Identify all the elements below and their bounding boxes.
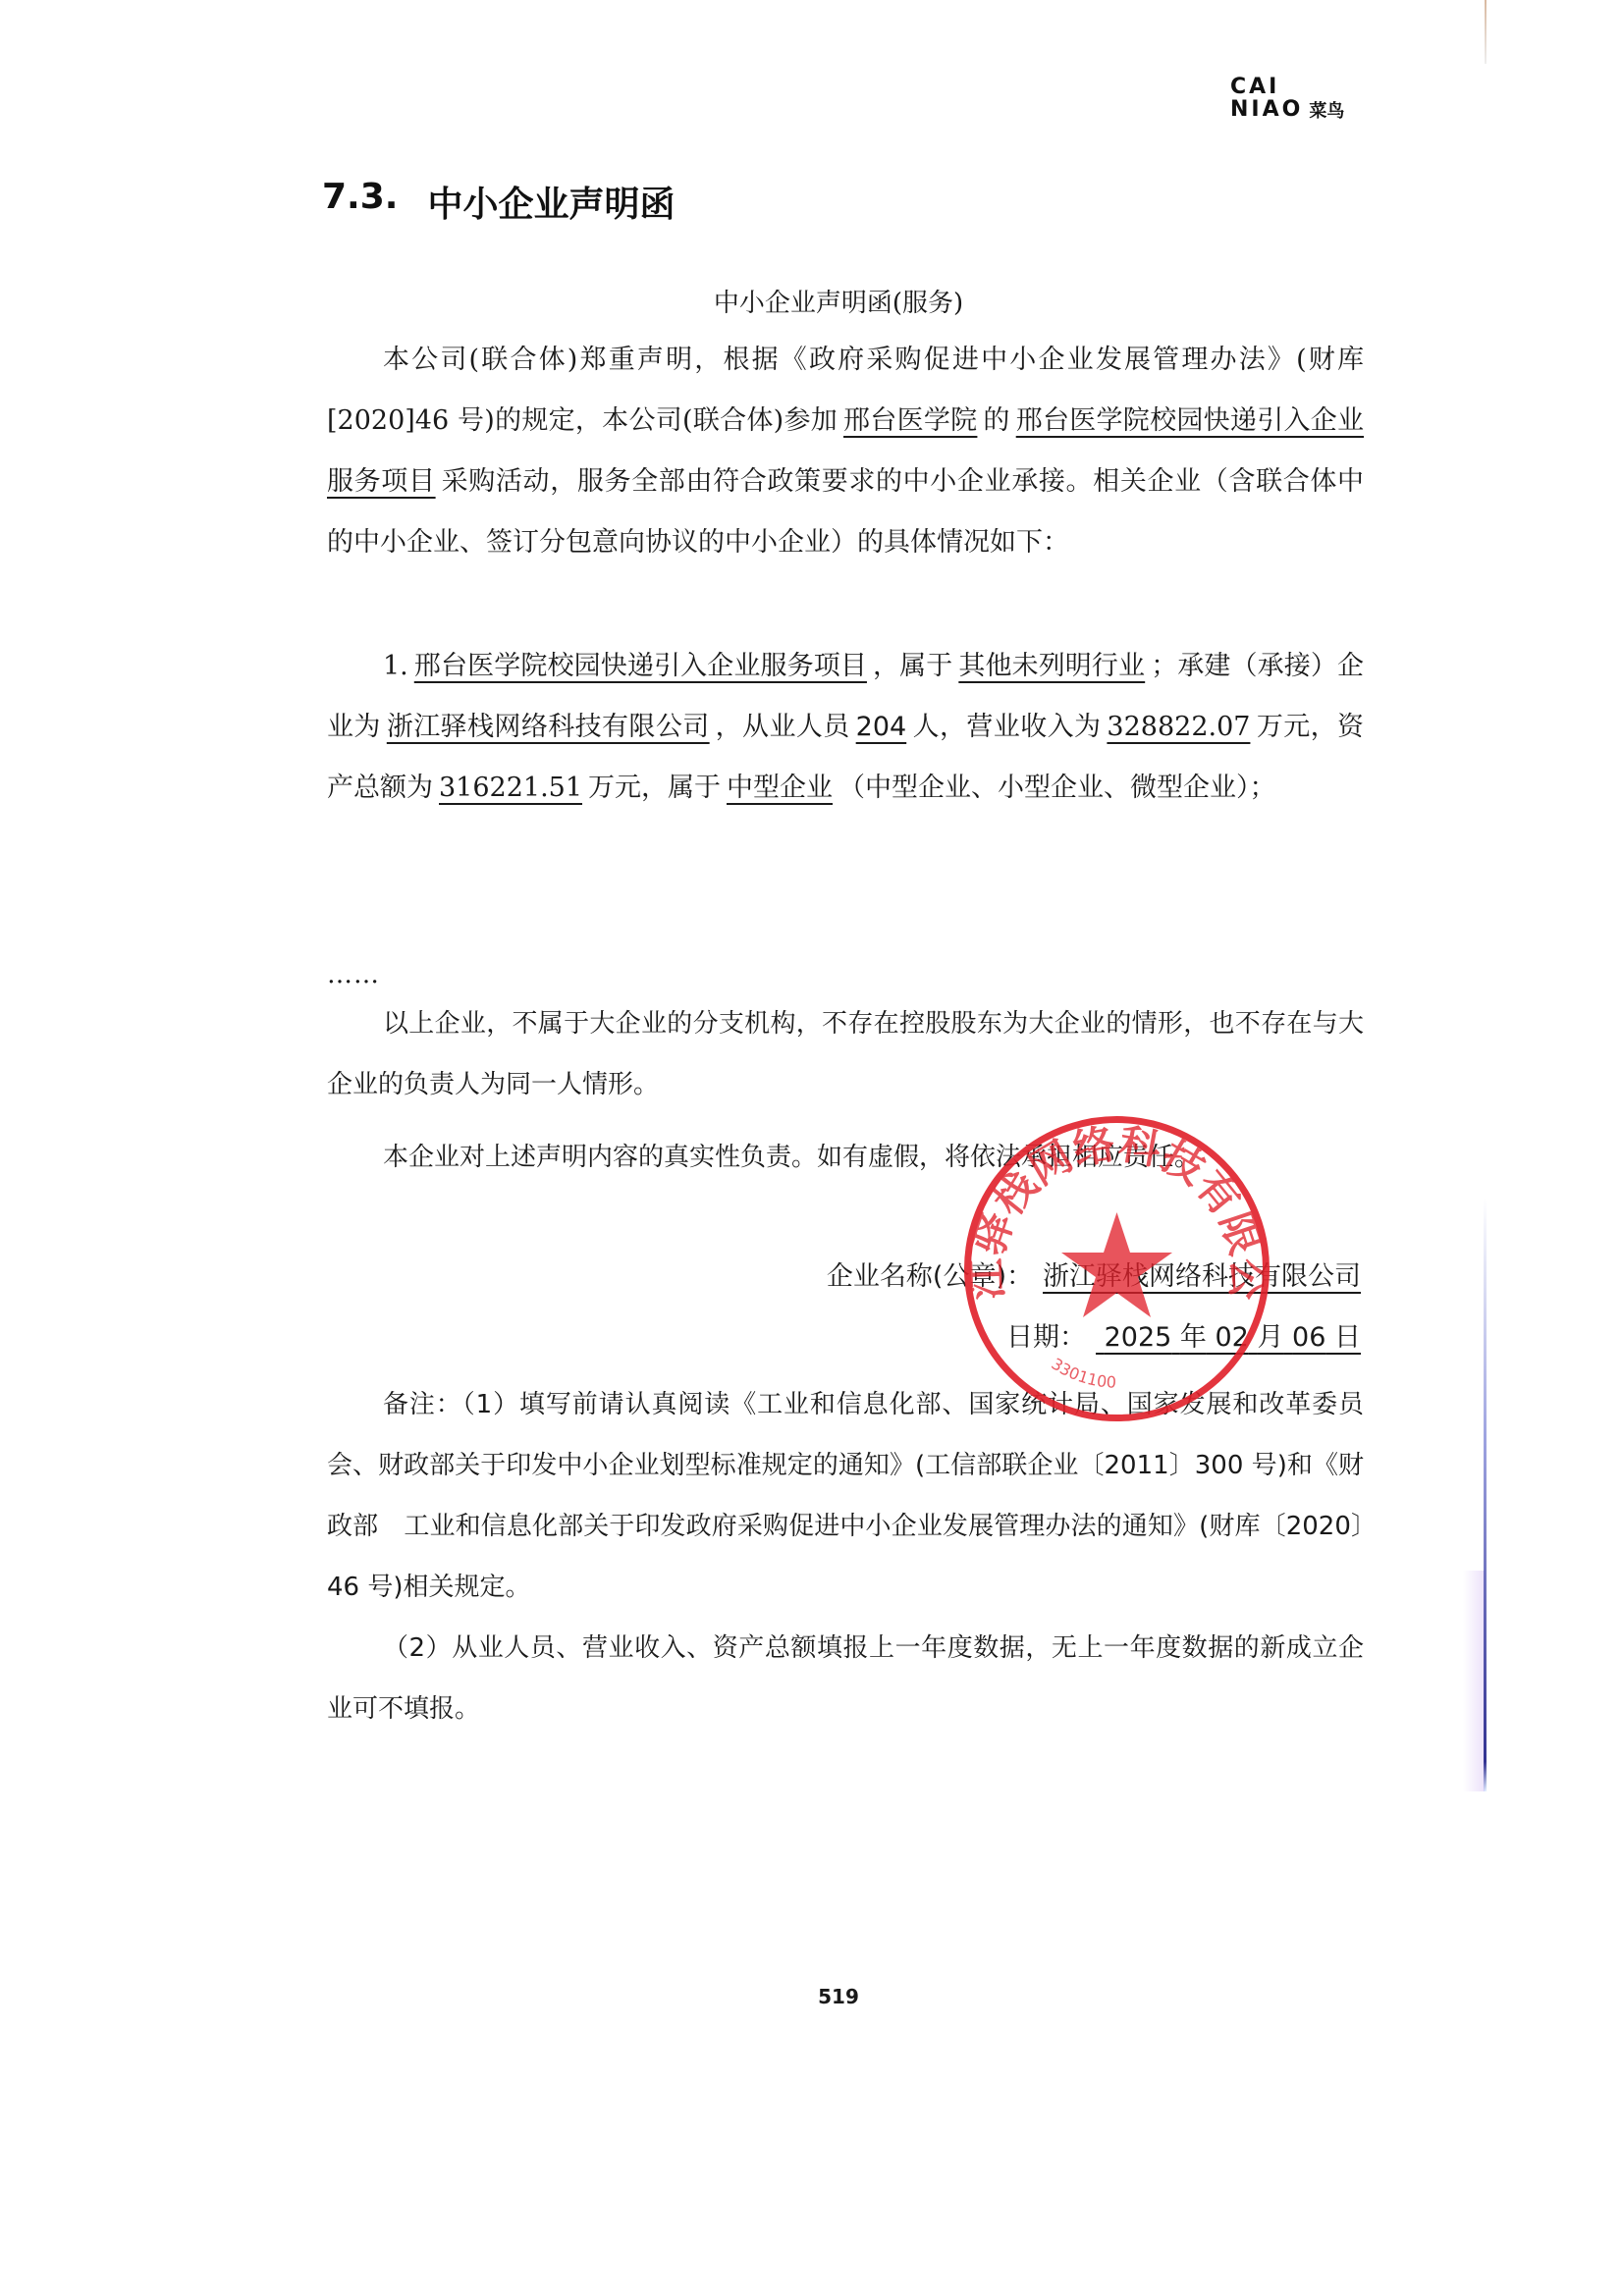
section-title: 中小企业声明函 — [427, 177, 675, 227]
item-number: 1. — [383, 651, 408, 681]
date-day-unit: 日 — [1334, 1322, 1361, 1353]
intro-text-2: 的 — [983, 405, 1009, 436]
item-employees: 204 — [850, 712, 913, 742]
document-title: 中小企业声明函(服务) — [0, 283, 1622, 319]
item-revenue: 328822.07 — [1101, 712, 1256, 742]
item-text: （中型企业、小型企业、微型企业）； — [838, 773, 1276, 803]
logo-line1: CAI — [1230, 77, 1344, 98]
page-edge — [1485, 0, 1487, 64]
intro-paragraph: 本公司(联合体)郑重声明，根据《政府采购促进中小企业发展管理办法》(财库[202… — [327, 330, 1364, 573]
item-text: ，从业人员 — [716, 712, 850, 742]
item-size: 中型企业 — [721, 773, 838, 803]
item-company: 浙江驿栈网络科技有限公司 — [381, 712, 716, 742]
scan-shadow — [1463, 1571, 1485, 1791]
company-name-value: 浙江驿栈网络科技有限公司 — [1033, 1261, 1363, 1292]
date-month-unit: 月 — [1257, 1322, 1283, 1353]
statement-2: 本企业对上述声明内容的真实性负责。如有虚假，将依法承担相应责任。 — [327, 1127, 1364, 1188]
company-name-line: 企业名称(公章)：浙江驿栈网络科技有限公司 — [827, 1255, 1363, 1293]
item-text: 人，营业收入为 — [912, 712, 1101, 742]
section-heading: 7.3. 中小企业声明函 — [322, 177, 675, 227]
logo-chinese: 菜鸟 — [1309, 103, 1344, 121]
ellipsis: …… — [327, 960, 380, 989]
date-line: 日期： 2025 年 02 月 06 日 — [1006, 1315, 1363, 1354]
intro-text-3: 采购活动，服务全部由符合政策要求的中小企业承接。相关企业（含联合体中的中小企业、… — [327, 466, 1364, 558]
item-assets: 316221.51 — [433, 773, 588, 803]
enterprise-item-1: 1.邢台医学院校园快递引入企业服务项目，属于其他未列明行业；承建（承接）企业为浙… — [327, 636, 1364, 819]
statement-paragraph-2: 本企业对上述声明内容的真实性负责。如有虚假，将依法承担相应责任。 — [327, 1127, 1364, 1188]
company-name-label: 企业名称(公章)： — [827, 1261, 1033, 1292]
statement-paragraph-1: 以上企业，不属于大企业的分支机构，不存在控股股东为大企业的情形，也不存在与大企业… — [327, 993, 1364, 1115]
item-text: ，属于 — [873, 651, 952, 681]
statement-1: 以上企业，不属于大企业的分支机构，不存在控股股东为大企业的情形，也不存在与大企业… — [327, 993, 1364, 1115]
notes-1: 备注：（1）填写前请认真阅读《工业和信息化部、国家统计局、国家发展和改革委员会、… — [327, 1374, 1364, 1618]
date-year-unit: 年 — [1180, 1322, 1207, 1353]
item-project: 邢台医学院校园快递引入企业服务项目 — [408, 651, 873, 681]
cainiao-logo: CAI NIAO 菜鸟 — [1230, 77, 1344, 121]
note-2: （2）从业人员、营业收入、资产总额填报上一年度数据，无上一年度数据的新成立企业可… — [327, 1618, 1364, 1739]
date-year: 2025 — [1105, 1322, 1172, 1353]
notes-2: （2）从业人员、营业收入、资产总额填报上一年度数据，无上一年度数据的新成立企业可… — [327, 1618, 1364, 1739]
item-industry: 其他未列明行业 — [952, 651, 1151, 681]
item-text: 万元，属于 — [588, 773, 721, 803]
date-day: 06 — [1292, 1322, 1325, 1353]
note-1: 备注：（1）填写前请认真阅读《工业和信息化部、国家统计局、国家发展和改革委员会、… — [327, 1374, 1364, 1618]
date-month: 02 — [1216, 1322, 1249, 1353]
logo-line2: NIAO — [1230, 99, 1303, 121]
page-number: 519 — [0, 1985, 1622, 2008]
purchaser-name: 邢台医学院 — [838, 405, 983, 436]
scan-edge — [1484, 1198, 1487, 1791]
section-number: 7.3. — [322, 177, 398, 227]
date-label: 日期： — [1006, 1322, 1086, 1353]
date-value: 2025 年 02 月 06 日 — [1086, 1322, 1363, 1353]
